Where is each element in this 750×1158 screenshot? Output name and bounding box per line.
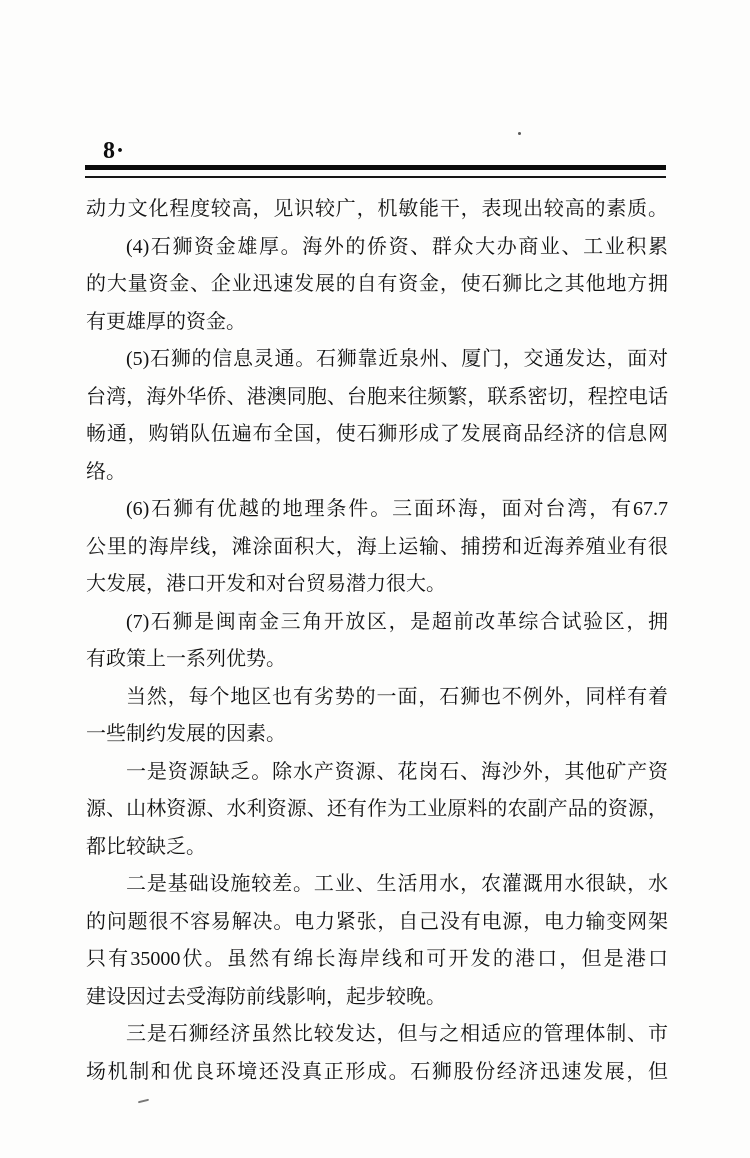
ink-speck <box>518 132 521 135</box>
text-line: 二是基础设施较差。工业、生活用水，农灌溉用水很缺，水 <box>86 866 668 904</box>
text-line: 当然，每个地区也有劣势的一面，石狮也不例外，同样有着 <box>86 679 668 717</box>
text-line: 动力文化程度较高，见识较广，机敏能干，表现出较高的素质。 <box>86 191 668 229</box>
text-line: 畅通，购销队伍遍布全国，使石狮形成了发展商品经济的信息网 <box>86 416 668 454</box>
text-line: 建设因过去受海防前线影响，起步较晚。 <box>86 979 668 1017</box>
text-line: (5)石狮的信息灵通。石狮靠近泉州、厦门，交通发达，面对 <box>86 341 668 379</box>
text-line: 大发展，港口开发和对台贸易潜力很大。 <box>86 566 668 604</box>
text-line: 有政策上一系列优势。 <box>86 641 668 679</box>
text-line: 公里的海岸线，滩涂面积大，海上运输、捕捞和近海养殖业有很 <box>86 529 668 567</box>
text-line: 一些制约发展的因素。 <box>86 716 668 754</box>
text-line: 场机制和优良环境还没真正形成。石狮股份经济迅速发展，但 <box>86 1054 668 1092</box>
text-line: 一是资源缺乏。除水产资源、花岗石、海沙外，其他矿产资 <box>86 754 668 792</box>
text-line: 都比较缺乏。 <box>86 829 668 867</box>
text-line: 络。 <box>86 454 668 492</box>
ink-mark <box>138 1099 149 1104</box>
text-line: 只有35000伏。虽然有绵长海岸线和可开发的港口，但是港口 <box>86 941 668 979</box>
text-line: 台湾，海外华侨、港澳同胞、台胞来往频繁，联系密切，程控电话 <box>86 379 668 417</box>
text-line: 三是石狮经济虽然比较发达，但与之相适应的管理体制、市 <box>86 1016 668 1054</box>
header-rule-thick <box>85 165 666 170</box>
page-body: 动力文化程度较高，见识较广，机敏能干，表现出较高的素质。(4)石狮资金雄厚。海外… <box>86 191 668 1091</box>
text-line: 的问题很不容易解决。电力紧张，自己没有电源，电力输变网架 <box>86 904 668 942</box>
text-line: 有更雄厚的资金。 <box>86 304 668 342</box>
book-page: 8· 动力文化程度较高，见识较广，机敏能干，表现出较高的素质。(4)石狮资金雄厚… <box>0 0 750 1158</box>
text-line: 源、山林资源、水利资源、还有作为工业原料的农副产品的资源， <box>86 791 668 829</box>
text-line: (7)石狮是闽南金三角开放区，是超前改革综合试验区，拥 <box>86 604 668 642</box>
text-line: (6)石狮有优越的地理条件。三面环海，面对台湾，有67.7 <box>86 491 668 529</box>
text-line: 的大量资金、企业迅速发展的自有资金，使石狮比之其他地方拥 <box>86 266 668 304</box>
page-number: 8· <box>103 138 125 165</box>
header-rule-thin <box>85 176 666 178</box>
text-line: (4)石狮资金雄厚。海外的侨资、群众大办商业、工业积累 <box>86 229 668 267</box>
